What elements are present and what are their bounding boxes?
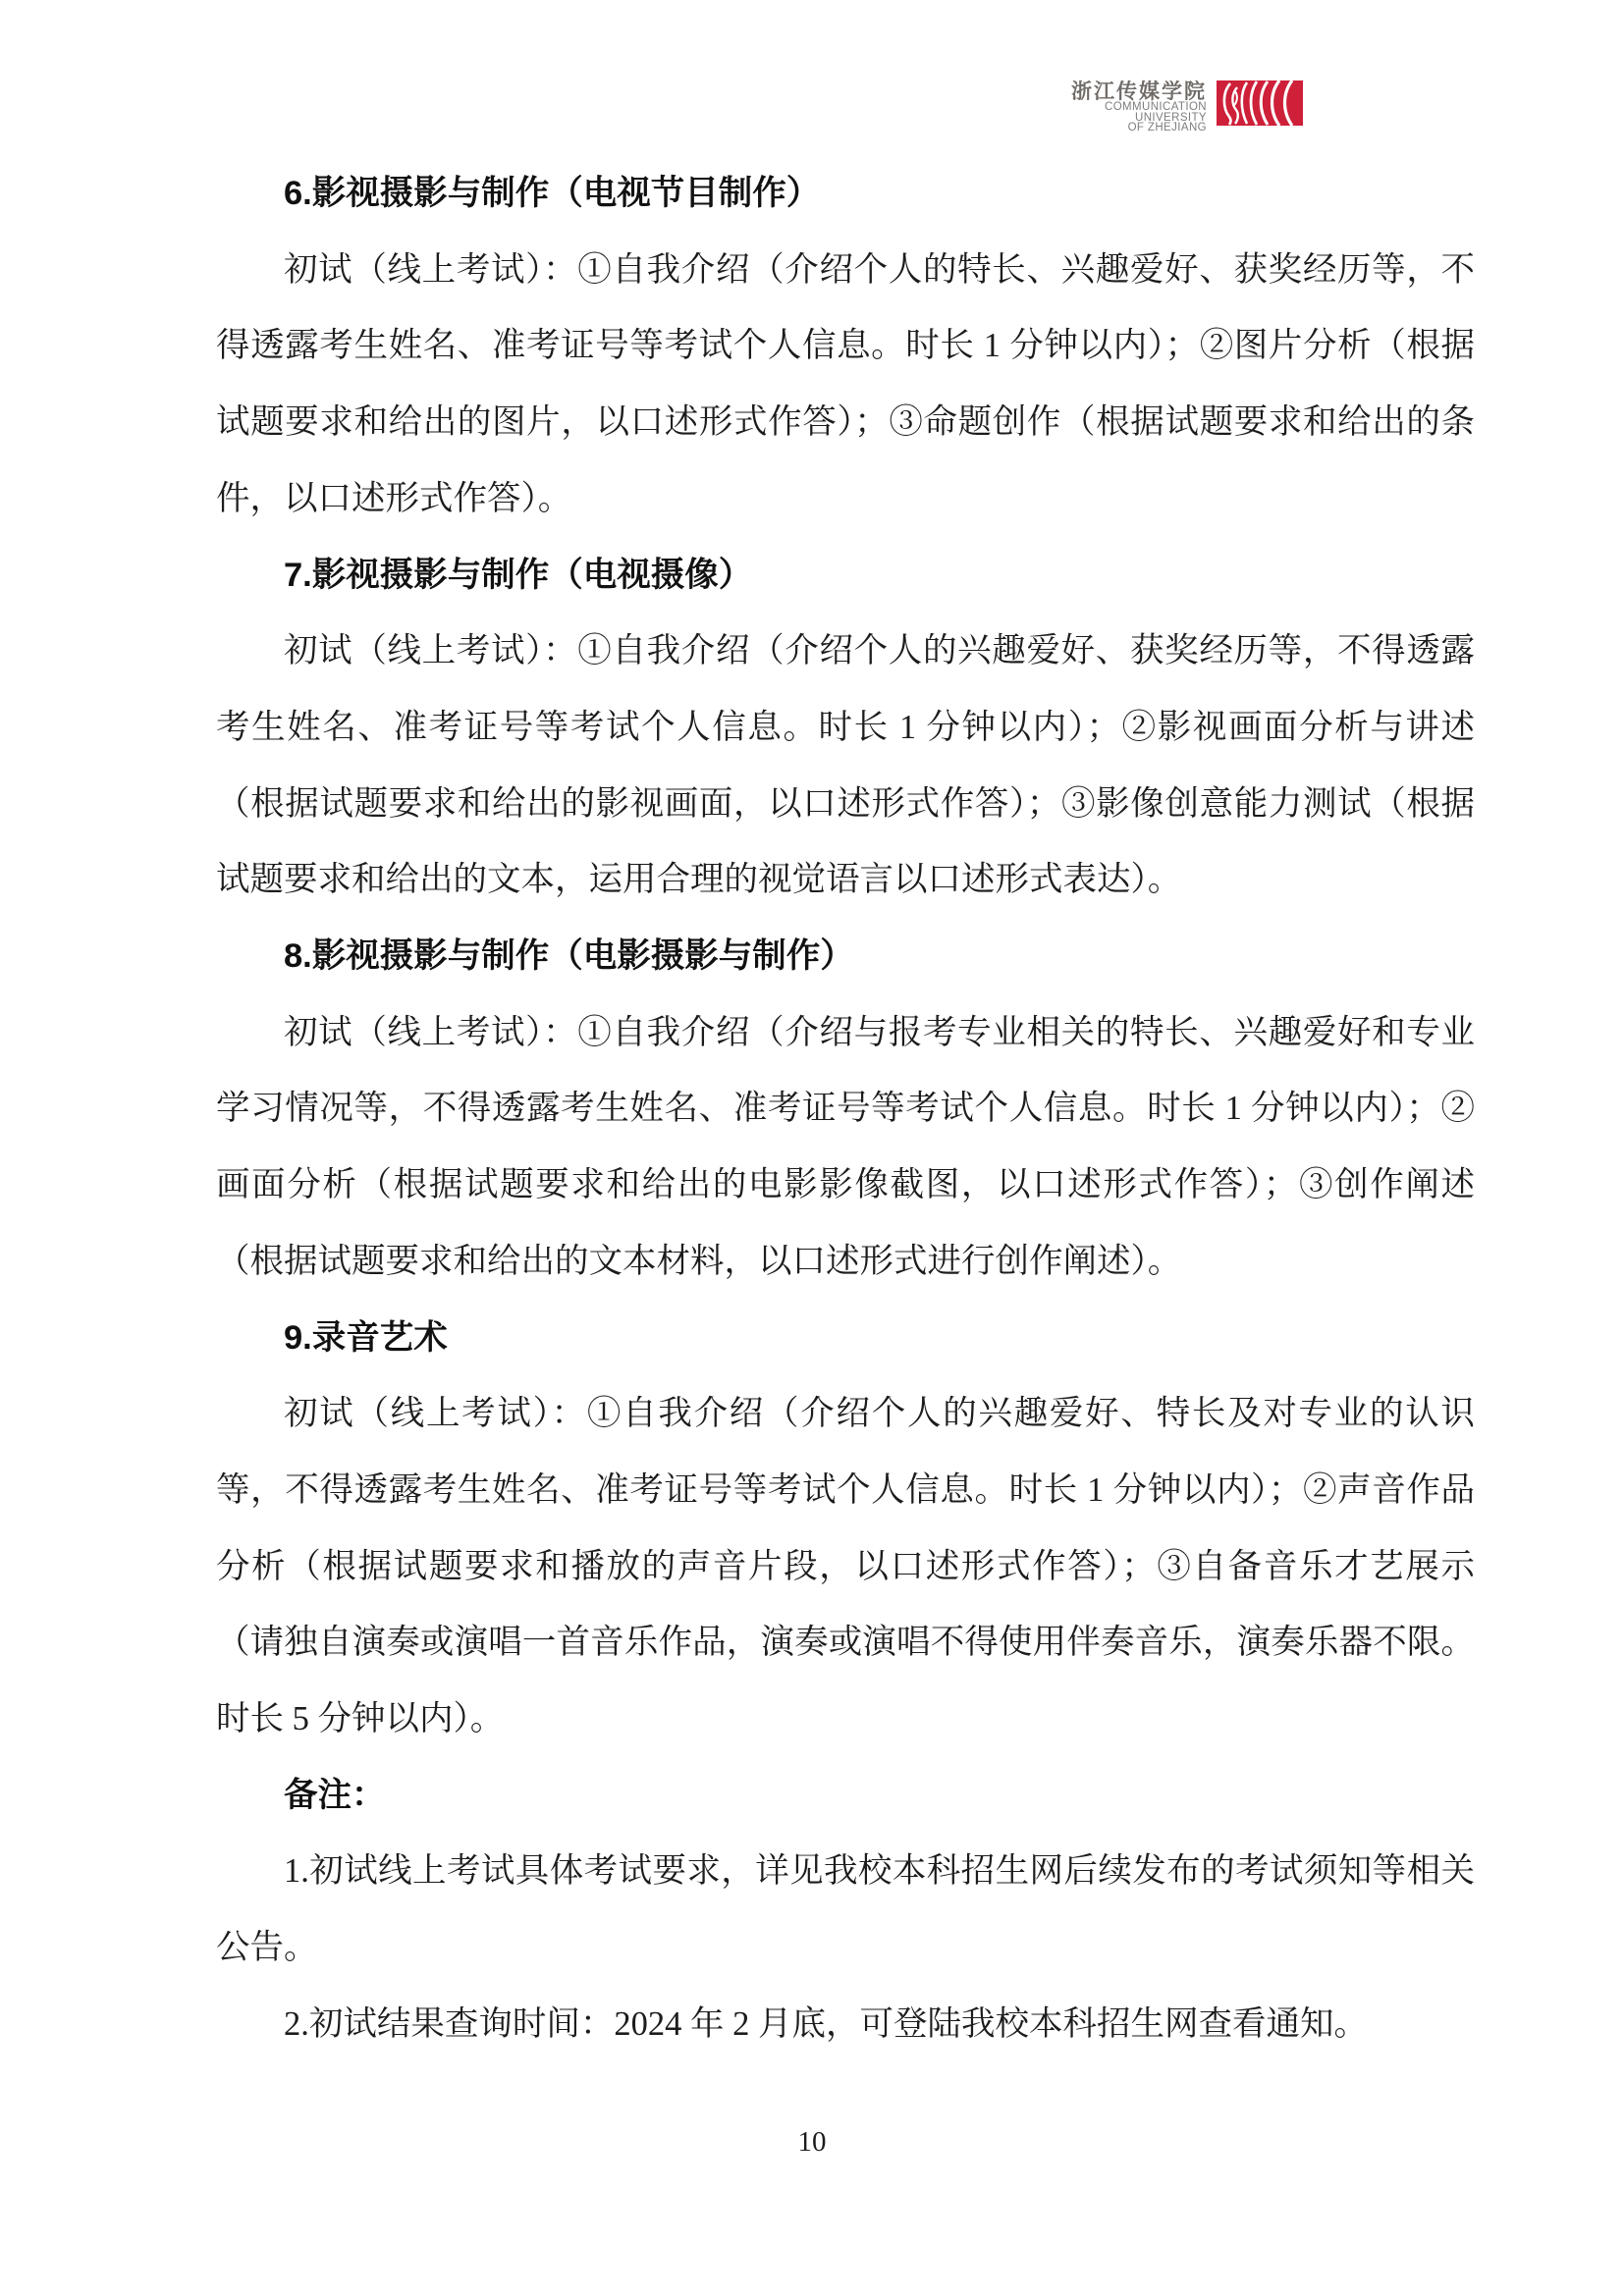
page-footer: 10 — [0, 2126, 1624, 2159]
note-item-1: 1.初试线上考试具体考试要求，详见我校本科招生网后续发布的考试须知等相关公告。 — [216, 1834, 1475, 1986]
logo-calligraphy-name: 浙江传媒学院 — [1071, 80, 1207, 102]
page-number: 10 — [798, 2126, 827, 2158]
section-heading-8: 8.影视摄影与制作（电影摄影与制作） — [216, 919, 1475, 995]
section-paragraph-9: 初试（线上考试）：①自我介绍（介绍个人的兴趣爱好、特长及对专业的认识等，不得透露… — [216, 1376, 1475, 1758]
section-paragraph-7: 初试（线上考试）：①自我介绍（介绍个人的兴趣爱好、获奖经历等，不得透露考生姓名、… — [216, 614, 1475, 919]
university-logo-text: 浙江传媒学院 COMMUNICATION UNIVERSITY OF ZHEJI… — [1071, 80, 1207, 133]
university-logo: 浙江传媒学院 COMMUNICATION UNIVERSITY OF ZHEJI… — [1071, 80, 1303, 133]
note-item-2: 2.初试结果查询时间：2024 年 2 月底，可登陆我校本科招生网查看通知。 — [216, 1987, 1475, 2063]
document-page: 浙江传媒学院 COMMUNICATION UNIVERSITY OF ZHEJI… — [0, 0, 1624, 2296]
section-heading-9: 9.录音艺术 — [216, 1301, 1475, 1377]
section-paragraph-8: 初试（线上考试）：①自我介绍（介绍与报考专业相关的特长、兴趣爱好和专业学习情况等… — [216, 995, 1475, 1301]
section-heading-7: 7.影视摄影与制作（电视摄像） — [216, 538, 1475, 614]
university-logo-mark-icon — [1217, 80, 1303, 126]
section-paragraph-6: 初试（线上考试）：①自我介绍（介绍个人的特长、兴趣爱好、获奖经历等，不得透露考生… — [216, 233, 1475, 538]
notes-heading: 备注： — [216, 1758, 1475, 1835]
section-heading-6: 6.影视摄影与制作（电视节目制作） — [216, 156, 1475, 233]
logo-en-line-1: COMMUNICATION — [1071, 102, 1207, 113]
logo-en-line-3: OF ZHEJIANG — [1071, 123, 1207, 133]
document-body: 6.影视摄影与制作（电视节目制作） 初试（线上考试）：①自我介绍（介绍个人的特长… — [216, 156, 1475, 2063]
